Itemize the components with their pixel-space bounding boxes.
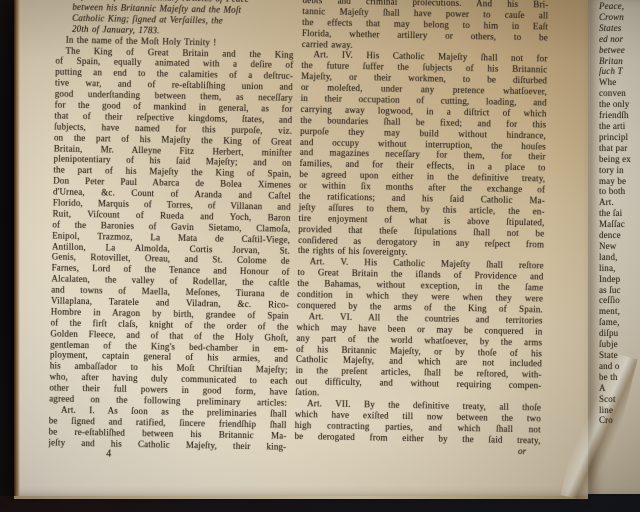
text-line: Crown (599, 12, 640, 23)
text-line: Scot (599, 394, 640, 405)
text-line: betwee (599, 45, 640, 56)
text-line: the arti (599, 121, 640, 132)
text-line: to both (599, 186, 640, 197)
left-column-body: In the name of the Moſt Holy Trinity !Th… (48, 34, 294, 452)
text-line: be th (599, 372, 640, 383)
text-line: Peace, (599, 1, 640, 12)
adjacent-page-edge: Peace,CrownStatesed norbetweeBritanſuch … (588, 0, 640, 494)
text-line: ſame, (599, 317, 640, 328)
adjacent-page-text: Peace,CrownStatesed norbetweeBritanſuch … (599, 1, 640, 426)
right-column-body: debts and criminal proſecutions. And his… (294, 0, 548, 446)
text-line: that par (599, 143, 640, 154)
text-line: ceſſio (599, 295, 640, 306)
text-line: the ſai (599, 208, 640, 219)
text-line: ſuch T (599, 66, 640, 77)
text-line: Indep (599, 274, 640, 285)
text-line: ment, (599, 306, 640, 317)
text-line: Art. (599, 197, 640, 208)
page-text-block: Tranſlation of the Preliminary Articles … (9, 0, 592, 502)
page-number: 4 (106, 448, 111, 459)
text-line: State (599, 350, 640, 361)
adjacent-page-body-fragments: Wheconventhe onlyfriendſhthe artiprincip… (599, 77, 640, 426)
text-line: diſpu (599, 328, 640, 339)
text-line: line (599, 405, 640, 416)
book-page: Tranſlation of the Preliminary Articles … (14, 0, 588, 497)
text-line: lina, (599, 263, 640, 274)
text-line: tory in (599, 165, 640, 176)
text-line: ed nor (599, 34, 640, 45)
text-line: being ex (599, 154, 640, 165)
text-line: land, (599, 252, 640, 263)
text-line: as ſuc (599, 285, 640, 296)
adjacent-page-heading-fragments: Peace,CrownStatesed norbetweeBritanſuch … (599, 1, 640, 77)
text-line: may be (599, 176, 640, 187)
treaty-heading: Tranſlation of the Preliminary Articles … (56, 0, 295, 38)
text-line: Cro (599, 415, 640, 426)
text-line: conven (599, 88, 640, 99)
text-line: principl (599, 132, 640, 143)
text-line: States (599, 23, 640, 34)
text-line: Maſſac (599, 219, 640, 230)
text-line: the only (599, 99, 640, 110)
text-line: Whe (599, 77, 640, 88)
text-line: New (599, 241, 640, 252)
left-column: Tranſlation of the Preliminary Articles … (48, 0, 294, 452)
book-photo: Tranſlation of the Preliminary Articles … (0, 0, 640, 512)
text-line: and o (599, 361, 640, 372)
right-column: debts and criminal proſecutions. And his… (294, 0, 548, 457)
text-line: dence (599, 230, 640, 241)
text-line: Britan (599, 56, 640, 67)
text-line: A (599, 383, 640, 394)
text-line: ſubje (599, 339, 640, 350)
text-line: friendſh (599, 110, 640, 121)
